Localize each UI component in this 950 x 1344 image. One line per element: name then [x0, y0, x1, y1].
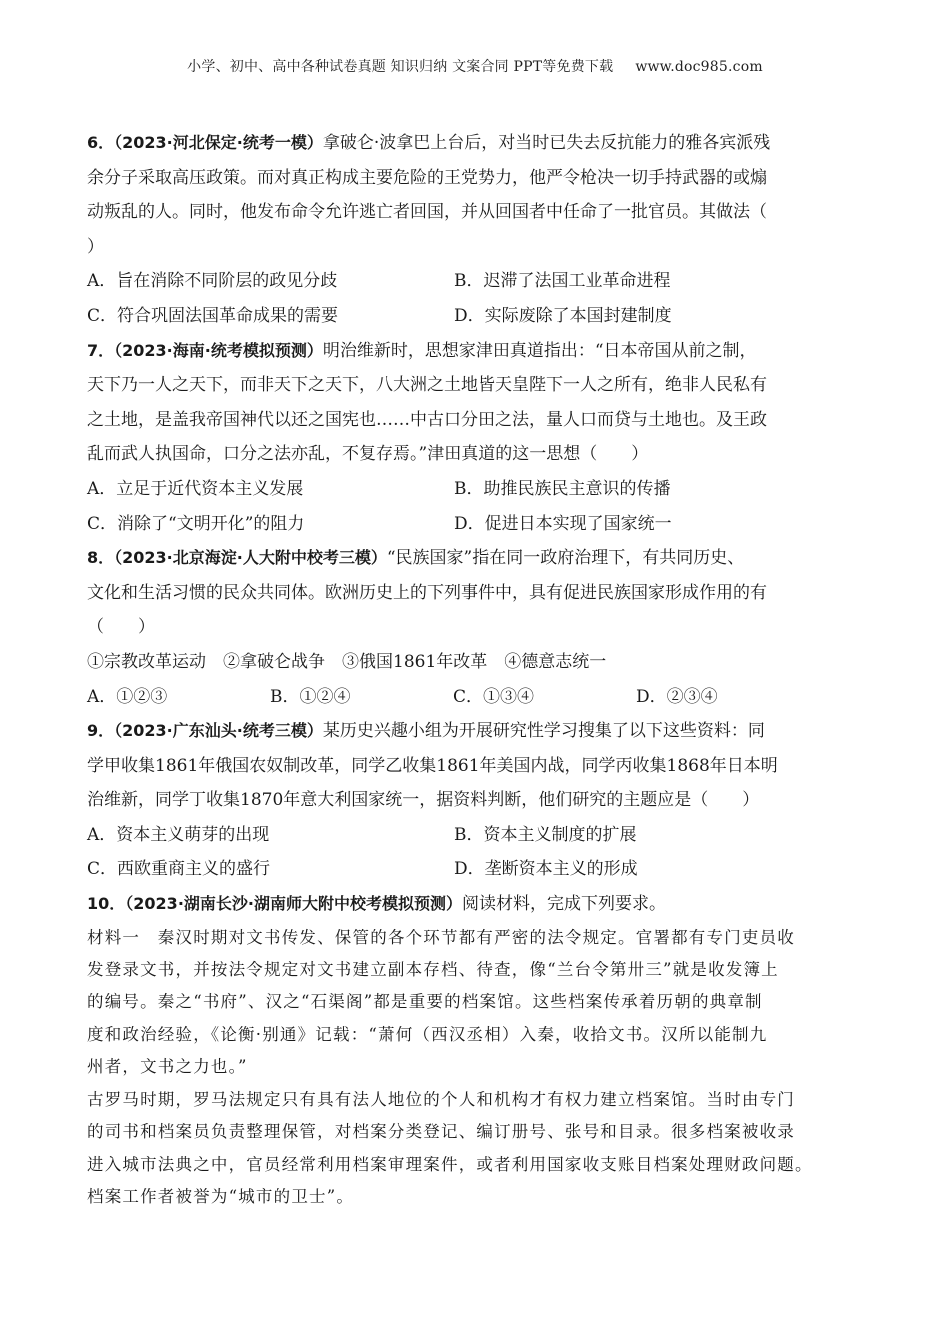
option-b: B．迟滞了法国工业革命进程	[454, 264, 821, 299]
question-7: 7．（2023·海南·统考模拟预测）明治维新时，思想家津田真道指出：“日本帝国从…	[87, 334, 867, 542]
question-8: 8．（2023·北京海淀·人大附中校考三模）“民族国家”指在同一政府治理下，有共…	[87, 541, 867, 714]
question-6: 6．（2023·河北保定·统考一模）拿破仑·波拿巴上台后，对当时已失去反抗能力的…	[87, 126, 867, 334]
question-text: 文化和生活习惯的民众共同体。欧洲历史上的下列事件中，具有促进民族国家形成作用的有	[87, 576, 867, 611]
material-line: 的编号。秦之“书府”、汉之“石渠阁”都是重要的档案馆。这些档案传承着历朝的典章制	[87, 986, 867, 1018]
question-text: “民族国家”指在同一政府治理下，有共同历史、	[387, 548, 744, 568]
question-source: （2023·河北保定·统考一模）	[114, 133, 323, 152]
option-b: B．助推民族民主意识的传播	[454, 472, 821, 507]
question-text: 学甲收集1861年俄国农奴制改革，同学乙收集1861年美国内战，同学丙收集186…	[87, 749, 867, 784]
header-site: www.doc985.com	[635, 59, 763, 75]
question-number: 8．	[87, 548, 114, 567]
material-line: 材料一 秦汉时期对文书传发、保管的各个环节都有严密的法令规定。官署都有专门吏员收	[87, 922, 867, 954]
question-source: （2023·广东汕头·统考三模）	[114, 721, 323, 740]
material-line: 进入城市法典之中，官员经常利用档案审理案件，或者利用国家收支账目档案处理财政问题…	[87, 1149, 867, 1181]
option-c: C．①③④	[453, 680, 636, 715]
question-text: 动叛乱的人。同时，他发布命令允许逃亡者回国，并从回国者中任命了一批官员。其做法（	[87, 195, 867, 230]
question-text: （ ）	[87, 610, 867, 645]
question-source: （2023·湖南长沙·湖南师大附中校考模拟预测）	[125, 894, 462, 913]
option-d: D．②③④	[636, 680, 819, 715]
material-line: 档案工作者被誉为“城市的卫士”。	[87, 1181, 867, 1213]
option-d: D．促进日本实现了国家统一	[454, 507, 821, 542]
option-b: B．①②④	[270, 680, 453, 715]
question-text: 余分子采取高压政策。而对真正构成主要危险的王党势力，他严令枪决一切手持武器的或煽	[87, 161, 867, 196]
option-d: D．实际废除了本国封建制度	[454, 299, 821, 334]
material-line: 的司书和档案员负责整理保管，对档案分类登记、编订册号、张号和目录。很多档案被收录	[87, 1116, 867, 1148]
option-c: C．符合巩固法国革命成果的需要	[87, 299, 454, 334]
option-c: C．消除了“文明开化”的阻力	[87, 507, 454, 542]
question-number: 6．	[87, 133, 114, 152]
question-text: 之土地，是盖我帝国神代以还之国宪也……中古口分田之法，量人口而贷与土地也。及王政	[87, 403, 867, 438]
material-line: 度和政治经验，《论衡·别通》记载：“萧何（西汉丞相）入秦，收拾文书。汉所以能制九	[87, 1019, 867, 1051]
material-line: 古罗马时期，罗马法规定只有具有法人地位的个人和机构才有权力建立档案馆。当时由专门	[87, 1084, 867, 1116]
document-body: 6．（2023·河北保定·统考一模）拿破仑·波拿巴上台后，对当时已失去反抗能力的…	[87, 126, 867, 1213]
question-text: 阅读材料，完成下列要求。	[462, 894, 666, 914]
option-a: A．①②③	[87, 680, 270, 715]
question-number: 10．	[87, 894, 125, 913]
option-b: B．资本主义制度的扩展	[454, 818, 821, 853]
question-items: ①宗教改革运动 ②拿破仑战争 ③俄国1861年改革 ④德意志统一	[87, 645, 867, 680]
material-line: 发登录文书，并按法令规定对文书建立副本存档、待查，像“兰台令第卅三”就是收发簿上	[87, 954, 867, 986]
question-source: （2023·海南·统考模拟预测）	[114, 341, 323, 360]
option-c: C．西欧重商主义的盛行	[87, 852, 454, 887]
question-9: 9．（2023·广东汕头·统考三模）某历史兴趣小组为开展研究性学习搜集了以下这些…	[87, 714, 867, 887]
question-number: 7．	[87, 341, 114, 360]
material-line: 州者，文书之力也。”	[87, 1051, 867, 1083]
material-block: 材料一 秦汉时期对文书传发、保管的各个环节都有严密的法令规定。官署都有专门吏员收…	[87, 922, 867, 1214]
option-a: A．立足于近代资本主义发展	[87, 472, 454, 507]
question-text: 拿破仑·波拿巴上台后，对当时已失去反抗能力的雅各宾派残	[323, 133, 770, 153]
question-10: 10．（2023·湖南长沙·湖南师大附中校考模拟预测）阅读材料，完成下列要求。 …	[87, 887, 867, 1213]
header-text: 小学、初中、高中各种试卷真题 知识归纳 文案合同 PPT等免费下载	[187, 59, 613, 75]
question-text: 明治维新时，思想家津田真道指出：“日本帝国从前之制，	[323, 341, 757, 361]
question-text: 某历史兴趣小组为开展研究性学习搜集了以下这些资料：同	[323, 721, 765, 741]
page-header: 小学、初中、高中各种试卷真题 知识归纳 文案合同 PPT等免费下载www.doc…	[0, 56, 950, 76]
question-number: 9．	[87, 721, 114, 740]
option-d: D．垄断资本主义的形成	[454, 852, 821, 887]
question-text: 天下乃一人之天下，而非天下之天下，八大洲之土地皆天皇陛下一人之所有，绝非人民私有	[87, 368, 867, 403]
question-text: ）	[87, 230, 867, 265]
option-a: A．旨在消除不同阶层的政见分歧	[87, 264, 454, 299]
question-text: 乱而武人执国命，口分之法亦乱，不复存焉。”津田真道的这一思想（ ）	[87, 437, 867, 472]
question-text: 治维新，同学丁收集1870年意大利国家统一，据资料判断，他们研究的主题应是（ ）	[87, 783, 867, 818]
question-source: （2023·北京海淀·人大附中校考三模）	[114, 548, 387, 567]
option-a: A．资本主义萌芽的出现	[87, 818, 454, 853]
